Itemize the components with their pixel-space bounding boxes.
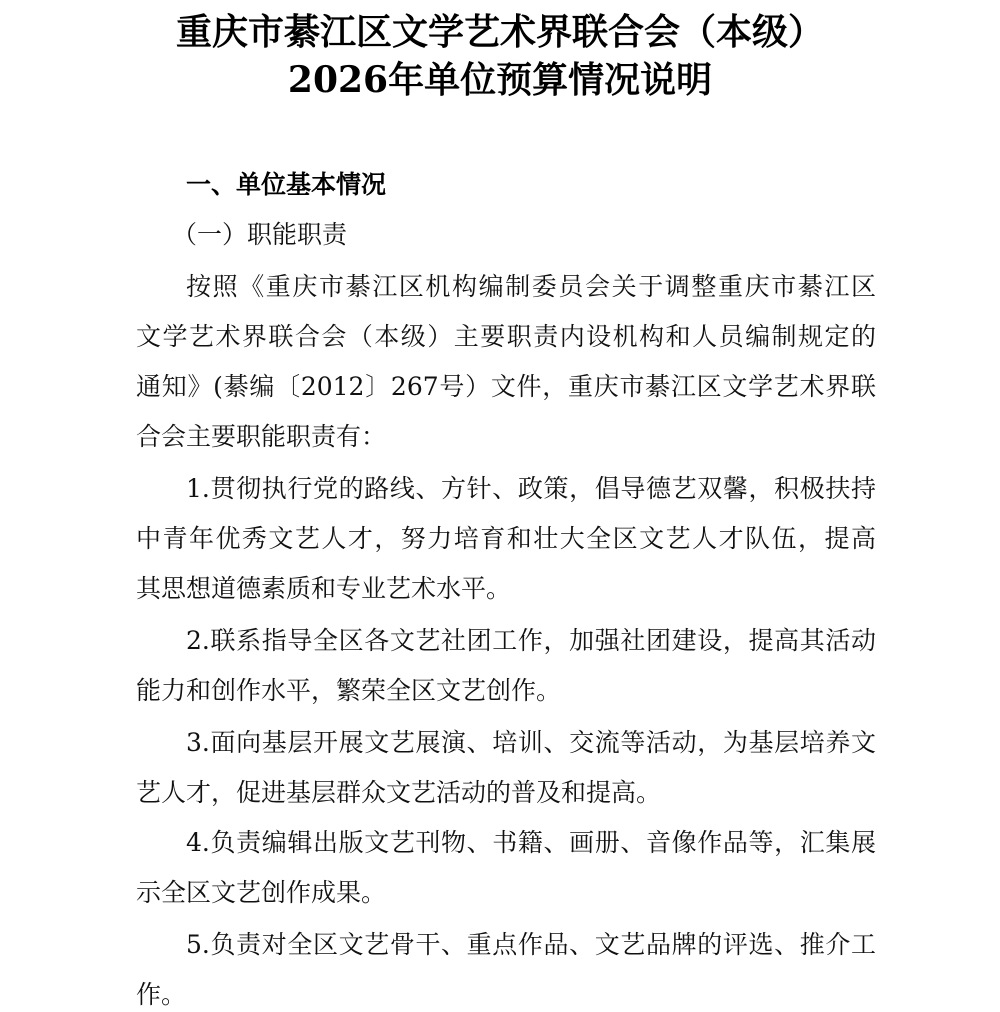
- subsection-heading-functions: （一）职能职责: [172, 218, 347, 252]
- intro-paragraph-line: 合会主要职能职责有：: [136, 420, 876, 454]
- document-page: 重庆市綦江区文学艺术界联合会（本级） 2026年单位预算情况说明 一、单位基本情…: [0, 0, 1000, 1012]
- duty-item-1-line: 中青年优秀文艺人才，努力培育和壮大全区文艺人才队伍，提高: [136, 522, 876, 556]
- duty-item-2-line: 能力和创作水平，繁荣全区文艺创作。: [136, 674, 876, 708]
- intro-paragraph-line: 文学艺术界联合会（本级）主要职责内设机构和人员编制规定的: [136, 320, 876, 354]
- document-title-line-1: 重庆市綦江区文学艺术界联合会（本级）: [0, 10, 1000, 54]
- section-heading-basic-info: 一、单位基本情况: [186, 168, 386, 202]
- document-title-line-2: 2026年单位预算情况说明: [0, 58, 1000, 102]
- intro-paragraph-line: 通知》(綦编〔2012〕267号）文件，重庆市綦江区文学艺术界联: [136, 370, 876, 404]
- duty-item-3-line: 艺人才，促进基层群众文艺活动的普及和提高。: [136, 776, 876, 810]
- duty-item-5-line: 作。: [136, 978, 876, 1012]
- intro-paragraph-line: 按照《重庆市綦江区机构编制委员会关于调整重庆市綦江区: [186, 270, 876, 304]
- duty-item-1-line: 1.贯彻执行党的路线、方针、政策，倡导德艺双馨，积极扶持: [186, 472, 876, 506]
- duty-item-5-line: 5.负责对全区文艺骨干、重点作品、文艺品牌的评选、推介工: [186, 928, 876, 962]
- duty-item-4-line: 4.负责编辑出版文艺刊物、书籍、画册、音像作品等，汇集展: [186, 826, 876, 860]
- duty-item-4-line: 示全区文艺创作成果。: [136, 876, 876, 910]
- duty-item-1-line: 其思想道德素质和专业艺术水平。: [136, 572, 876, 606]
- duty-item-2-line: 2.联系指导全区各文艺社团工作，加强社团建设，提高其活动: [186, 624, 876, 658]
- duty-item-3-line: 3.面向基层开展文艺展演、培训、交流等活动，为基层培养文: [186, 726, 876, 760]
